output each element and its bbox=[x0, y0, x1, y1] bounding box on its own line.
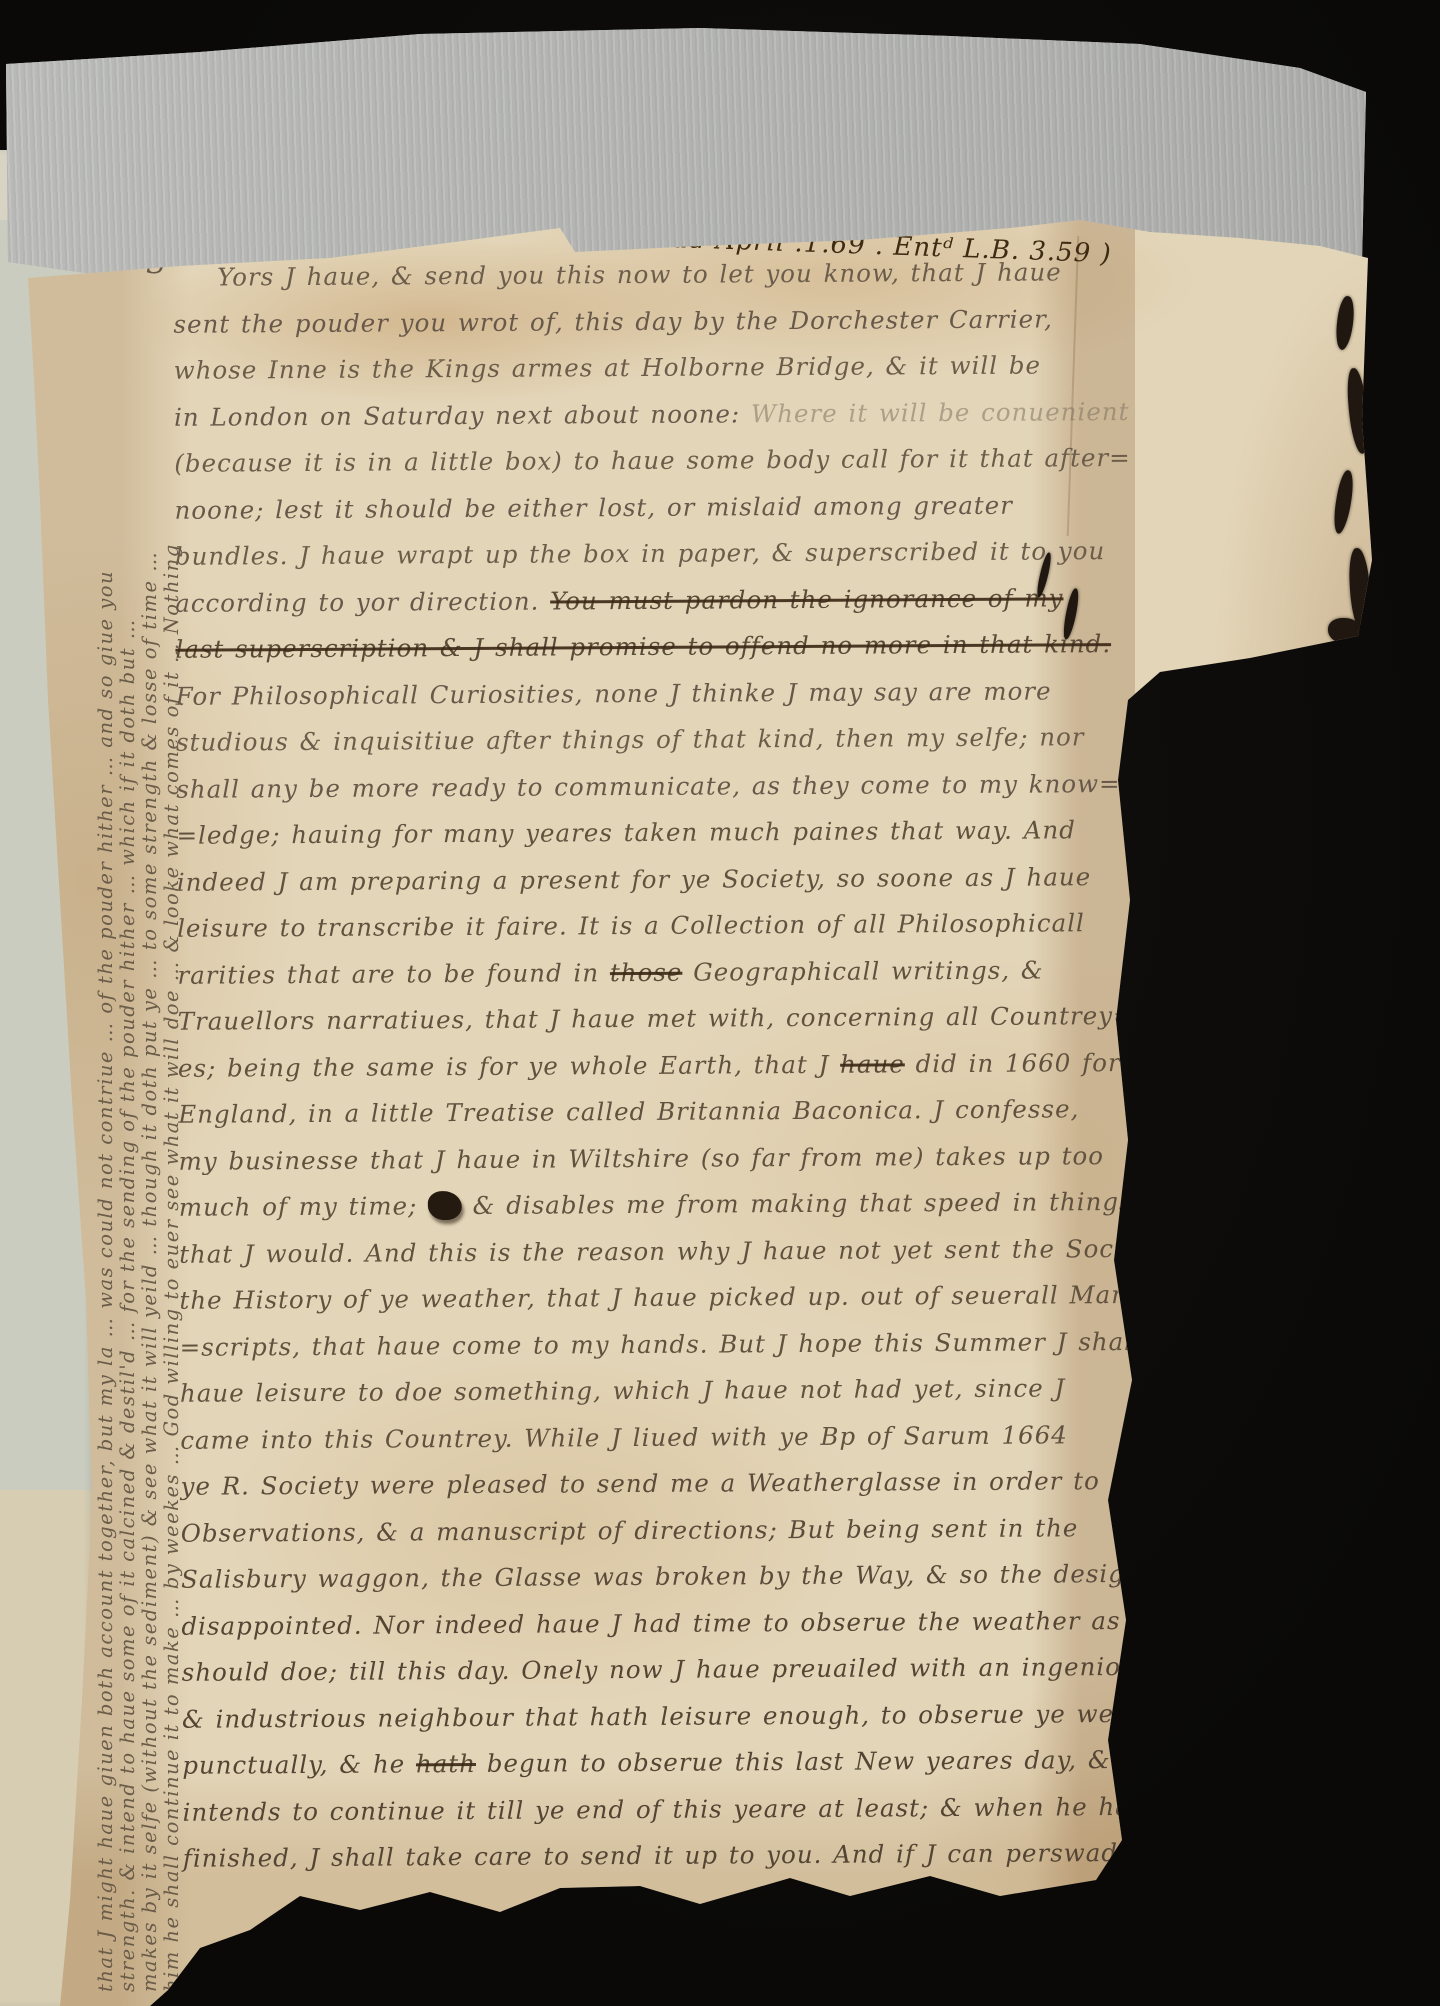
manuscript-line: much of my time; it & disables me from m… bbox=[179, 1179, 1091, 1231]
manuscript-line: England, in a little Treatise called Bri… bbox=[178, 1086, 1090, 1138]
manuscript-line: rarities that are to be found in those G… bbox=[177, 947, 1089, 999]
manuscript-text: England, in a little Treatise called Bri… bbox=[178, 1094, 1079, 1129]
manuscript-text: Salisbury waggon, the Glasse was broken … bbox=[181, 1559, 1157, 1594]
manuscript-line: my businesse that J haue in Wiltshire (s… bbox=[178, 1133, 1090, 1185]
ink-blot bbox=[1345, 367, 1370, 454]
manuscript-line: & industrious neighbour that hath leisur… bbox=[182, 1691, 1094, 1743]
margin-line: makes by it selfe (without the sediment)… bbox=[138, 262, 162, 1992]
manuscript-line: should doe; till this day. Onely now J h… bbox=[182, 1644, 1094, 1696]
manuscript-line: Observations, & a manuscript of directio… bbox=[181, 1505, 1093, 1557]
manuscript-text: Where it will be conuenient bbox=[751, 396, 1130, 427]
manuscript-text: ye R. Society were pleased to send me a … bbox=[180, 1466, 1110, 1501]
manuscript-text: disappointed. Nor indeed haue J had time… bbox=[181, 1605, 1142, 1640]
manuscript-text: punctually, & he bbox=[182, 1749, 416, 1779]
manuscript-text: haue leisure to doe something, which J h… bbox=[180, 1373, 1066, 1407]
manuscript-line: ye R. Society were pleased to send me a … bbox=[180, 1458, 1092, 1510]
manuscript-text: For Philosophicall Curiosities, none J t… bbox=[176, 676, 1052, 710]
manuscript-line: (because it is in a little box) to haue … bbox=[174, 435, 1086, 487]
margin-line: him he shall continue it to make … by we… bbox=[160, 262, 184, 1992]
manuscript-line: haue leisure to doe something, which J h… bbox=[180, 1365, 1092, 1417]
manuscript-line: noone; lest it should be either lost, or… bbox=[174, 482, 1086, 534]
struck-text: haue bbox=[840, 1049, 905, 1078]
manuscript-line: last superscription & J shall promise to… bbox=[175, 621, 1087, 673]
manuscript-text: Trauellors narratiues, that J haue met w… bbox=[178, 1001, 1135, 1036]
manuscript-line: whose Inne is the Kings armes at Holborn… bbox=[174, 342, 1086, 394]
manuscript-text: Yors J haue, & send you this now to let … bbox=[217, 257, 1062, 291]
manuscript-text: studious & inquisitiue after things of t… bbox=[176, 722, 1085, 757]
manuscript-scan: ( Read April .1.69 . Entᵈ L.B. 3.59 ) Sʳ… bbox=[0, 0, 1440, 2006]
manuscript-text: begun to obserue this last New yeares da… bbox=[476, 1745, 1111, 1778]
letter-page: ( Read April .1.69 . Entᵈ L.B. 3.59 ) Sʳ… bbox=[0, 0, 1440, 2006]
manuscript-line: leisure to transcribe it faire. It is a … bbox=[177, 900, 1089, 952]
manuscript-line: bundles. J haue wrapt up the box in pape… bbox=[175, 528, 1087, 580]
manuscript-line: in London on Saturday next about noone: … bbox=[174, 389, 1086, 441]
manuscript-text: es; being the same is for ye whole Earth… bbox=[178, 1049, 840, 1082]
manuscript-text: should doe; till this day. Onely now J h… bbox=[182, 1652, 1152, 1687]
margin-line: strength. & intend to haue some of it ca… bbox=[116, 262, 140, 1992]
manuscript-line: indeed J am preparing a present for ye S… bbox=[177, 854, 1089, 906]
manuscript-line: according to yor direction. You must par… bbox=[175, 575, 1087, 627]
ink-blot bbox=[1333, 295, 1356, 351]
manuscript-text: the History of ye weather, that J haue p… bbox=[179, 1280, 1166, 1315]
manuscript-text: that J would. And this is the reason why… bbox=[179, 1233, 1164, 1268]
manuscript-line: the History of ye weather, that J haue p… bbox=[179, 1272, 1091, 1324]
ink-blot bbox=[1158, 688, 1174, 708]
manuscript-text: leisure to transcribe it faire. It is a … bbox=[177, 908, 1085, 943]
manuscript-text: & industrious neighbour that hath leisur… bbox=[182, 1698, 1186, 1733]
manuscript-text: =scripts, that haue come to my hands. Bu… bbox=[180, 1326, 1142, 1361]
manuscript-text: my bbox=[1111, 1466, 1150, 1495]
manuscript-text: came into this Countrey. While J liued w… bbox=[180, 1420, 1068, 1454]
margin-line: that J might haue giuen both account tog… bbox=[94, 262, 118, 1992]
manuscript-line: Salisbury waggon, the Glasse was broken … bbox=[181, 1551, 1093, 1603]
ink-blot bbox=[1331, 469, 1357, 535]
manuscript-line: punctually, & he hath begun to obserue t… bbox=[182, 1737, 1094, 1789]
manuscript-text: in London on Saturday next about noone: bbox=[174, 399, 751, 432]
manuscript-line: disappointed. Nor indeed haue J had time… bbox=[181, 1598, 1093, 1650]
manuscript-text: & disables me from making that speed in … bbox=[462, 1187, 1133, 1220]
manuscript-text: =ledge; hauing for many yeares taken muc… bbox=[176, 815, 1075, 849]
struck-text: You must pardon the ignorance of my bbox=[550, 583, 1063, 615]
manuscript-line: =ledge; hauing for many yeares taken muc… bbox=[176, 807, 1088, 859]
manuscript-line: sent the pouder you wrot of, this day by… bbox=[173, 296, 1085, 348]
manuscript-line: =scripts, that haue come to my hands. Bu… bbox=[180, 1319, 1092, 1371]
manuscript-line: shall any be more ready to communicate, … bbox=[176, 761, 1088, 813]
manuscript-text: bundles. J haue wrapt up the box in pape… bbox=[175, 536, 1105, 571]
manuscript-text: Observations, & a manuscript of directio… bbox=[181, 1513, 1079, 1547]
ink-blot-word: it bbox=[428, 1191, 462, 1220]
struck-text: last superscription & J shall promise to… bbox=[175, 629, 1111, 664]
struck-text: those bbox=[610, 957, 683, 986]
manuscript-text: intends to continue it till ye end of th… bbox=[182, 1791, 1158, 1826]
ink-blot bbox=[1328, 618, 1362, 644]
manuscript-line: Trauellors narratiues, that J haue met w… bbox=[178, 993, 1090, 1045]
manuscript-text: noone; lest it should be either lost, or… bbox=[175, 490, 1014, 524]
manuscript-text: indeed J am preparing a present for ye S… bbox=[177, 862, 1091, 897]
manuscript-text: Geographicall writings, & bbox=[682, 955, 1043, 986]
letter-body: Yors J haue, & send you this now to let … bbox=[173, 249, 1095, 1882]
manuscript-line: that J would. And this is the reason why… bbox=[179, 1226, 1091, 1278]
manuscript-text: shall any be more ready to communicate, … bbox=[176, 769, 1120, 804]
manuscript-line: studious & inquisitiue after things of t… bbox=[176, 714, 1088, 766]
manuscript-line: es; being the same is for ye whole Earth… bbox=[178, 1040, 1090, 1092]
manuscript-text: finished, J shall take care to send it u… bbox=[183, 1838, 1134, 1873]
struck-text: hath bbox=[416, 1749, 476, 1778]
manuscript-text: whose Inne is the Kings armes at Holborn… bbox=[174, 351, 1041, 385]
manuscript-line: intends to continue it till ye end of th… bbox=[182, 1784, 1094, 1836]
manuscript-text: according to yor direction. bbox=[175, 586, 550, 617]
manuscript-text: much of my time; bbox=[179, 1191, 428, 1222]
manuscript-text: did in 1660 for bbox=[905, 1048, 1121, 1078]
manuscript-line: came into this Countrey. While J liued w… bbox=[180, 1412, 1092, 1464]
manuscript-line: For Philosophicall Curiosities, none J t… bbox=[176, 668, 1088, 720]
manuscript-text: (because it is in a little box) to haue … bbox=[174, 443, 1131, 478]
manuscript-text: sent the pouder you wrot of, this day by… bbox=[173, 304, 1053, 338]
manuscript-text: rarities that are to be found in bbox=[177, 958, 610, 990]
manuscript-text: my businesse that J haue in Wiltshire (s… bbox=[178, 1141, 1104, 1176]
manuscript-line: finished, J shall take care to send it u… bbox=[183, 1830, 1095, 1882]
